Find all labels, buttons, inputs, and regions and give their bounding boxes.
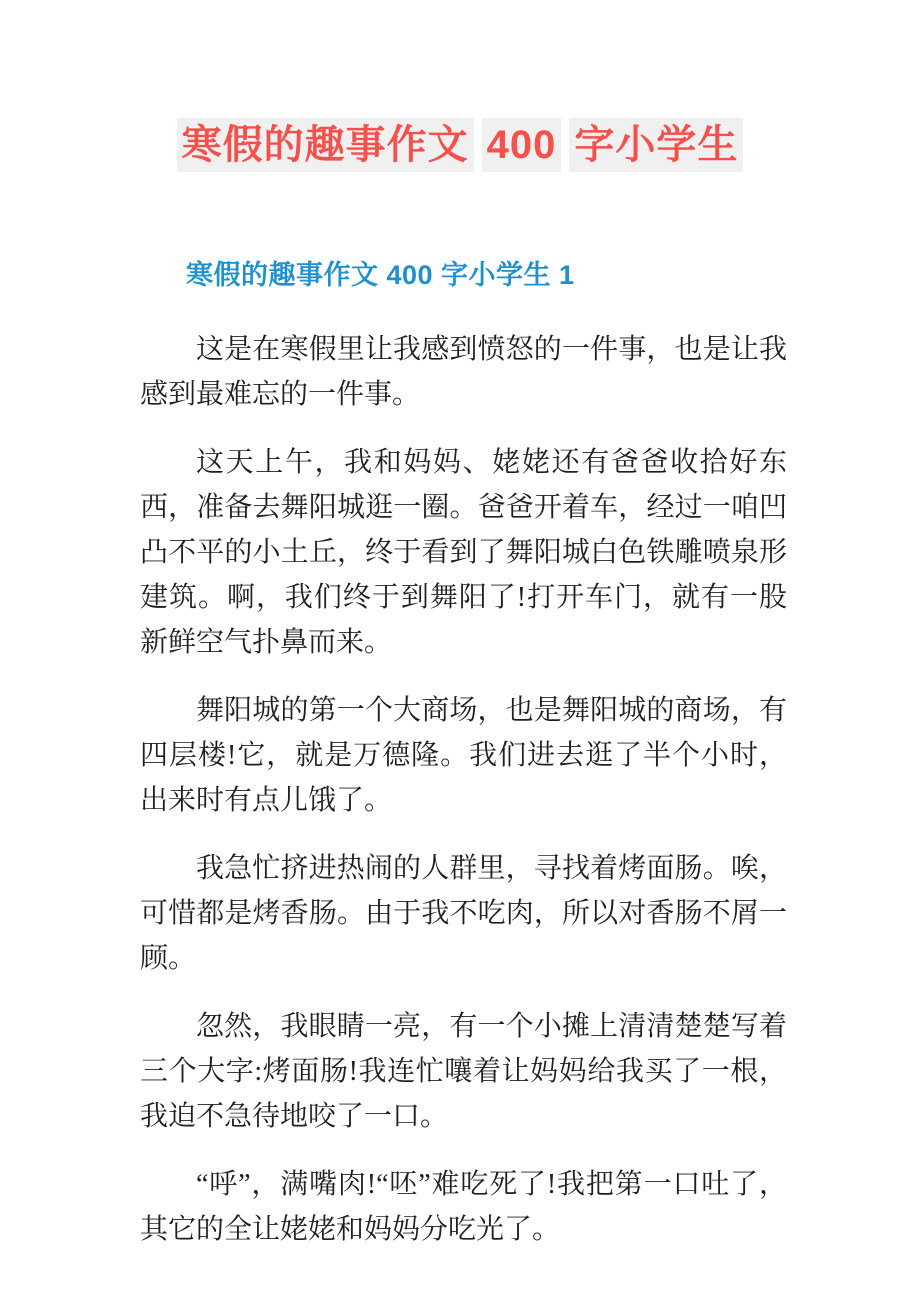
essay-paragraph: 忽然，我眼睛一亮，有一个小摊上清清楚楚写着三个大字:烤面肠!我连忙嚷着让妈妈给我… [140, 1004, 787, 1139]
essay-body: 这是在寒假里让我感到愤怒的一件事，也是让我感到最难忘的一件事。 这天上午，我和妈… [140, 327, 787, 1252]
essay-paragraph: “呼”，满嘴肉!“呸”难吃死了!我把第一口吐了，其它的全让姥姥和妈妈分吃光了。 [140, 1162, 787, 1252]
title-segment: 400 [482, 118, 562, 172]
essay-paragraph: 我急忙挤进热闹的人群里，寻找着烤面肠。唉，可惜都是烤香肠。由于我不吃肉，所以对香… [140, 846, 787, 981]
essay-paragraph: 这是在寒假里让我感到愤怒的一件事，也是让我感到最难忘的一件事。 [140, 327, 787, 417]
title-segment: 字小学生 [569, 118, 743, 172]
page-title: 寒假的趣事作文400字小学生 [0, 0, 920, 172]
essay-paragraph: 这天上午，我和妈妈、姥姥还有爸爸收拾好东西，准备去舞阳城逛一圈。爸爸开着车，经过… [140, 440, 787, 665]
essay-subtitle: 寒假的趣事作文 400 字小学生 1 [186, 258, 920, 292]
document-page: 寒假的趣事作文400字小学生 寒假的趣事作文 400 字小学生 1 这是在寒假里… [0, 0, 920, 1302]
title-segment: 寒假的趣事作文 [177, 118, 474, 172]
essay-paragraph: 舞阳城的第一个大商场，也是舞阳城的商场，有四层楼!它，就是万德隆。我们进去逛了半… [140, 688, 787, 823]
